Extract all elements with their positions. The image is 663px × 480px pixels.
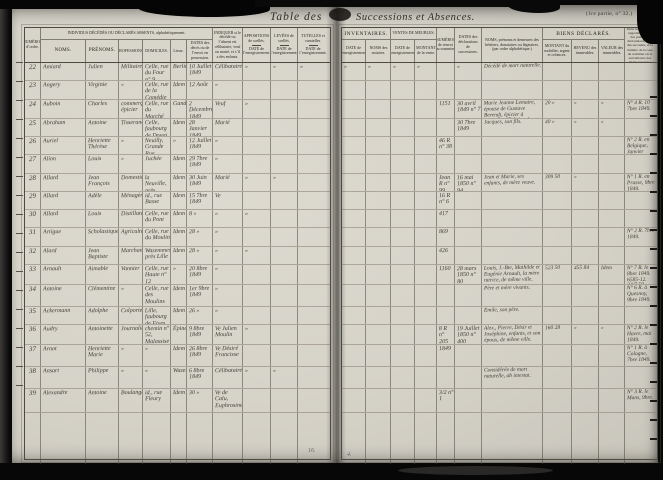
handwritten-lieu: Berlin bbox=[171, 63, 186, 70]
handwritten-profession: » bbox=[119, 155, 142, 163]
cell-vente_montant bbox=[415, 307, 437, 324]
cell-prenoms: Louis bbox=[86, 210, 119, 227]
handwritten-vente_date bbox=[391, 210, 414, 211]
cell-montant bbox=[543, 247, 572, 264]
cell-app bbox=[243, 265, 271, 284]
cell-indiquer: » bbox=[213, 210, 243, 227]
handwritten-tut bbox=[298, 155, 328, 156]
table-row: 16 R n° 6 bbox=[342, 192, 657, 210]
handwritten-tut bbox=[298, 325, 328, 326]
cell-revenu: 455 84 bbox=[572, 265, 599, 284]
cell-decl bbox=[455, 192, 482, 209]
cell-num: 32 bbox=[25, 247, 41, 264]
handwritten-vente_date bbox=[391, 155, 414, 156]
cell-sommier: 3/2 n° 1 bbox=[437, 389, 455, 412]
cell-domicile: chemin n° 52, Malassise bbox=[143, 325, 171, 344]
cell-profession: Marchand bbox=[119, 247, 143, 264]
cell-heritiers bbox=[482, 210, 543, 227]
handwritten-valeur bbox=[599, 228, 624, 229]
handwritten-indiquer: Marié bbox=[213, 174, 242, 182]
handwritten-lieu: Idem bbox=[171, 285, 186, 292]
handwritten-app bbox=[243, 307, 270, 308]
handwritten-heritiers: Considérée de mort naturelle, ab intesta… bbox=[482, 367, 542, 380]
cell-nom: Ansart bbox=[41, 367, 86, 388]
handwritten-tut bbox=[298, 100, 328, 101]
handwritten-revenu bbox=[572, 137, 598, 138]
handwritten-prenoms: Louis bbox=[86, 210, 118, 218]
cell-decl bbox=[455, 345, 482, 366]
handwritten-profession: commerçant épicier bbox=[119, 100, 142, 114]
handwritten-vente_date bbox=[391, 100, 414, 101]
handwritten-nom: Allard bbox=[41, 210, 85, 218]
cell-inv_notaire bbox=[366, 81, 391, 99]
handwritten-inv_notaire bbox=[366, 285, 390, 286]
cell-inv_notaire bbox=[366, 367, 391, 388]
cell-valeur: » bbox=[599, 119, 625, 136]
cell-inv_date bbox=[342, 367, 366, 388]
cell-profession: » bbox=[119, 367, 143, 388]
handwritten-vente_date bbox=[391, 345, 414, 346]
scan-edge-blotch bbox=[637, 0, 663, 44]
table-row bbox=[342, 81, 657, 100]
cell-tut bbox=[298, 100, 328, 118]
blank-cell bbox=[41, 413, 86, 470]
handwritten-heritiers: Décédé de mort naturelle. bbox=[482, 63, 542, 70]
cell-inv_date bbox=[342, 307, 366, 324]
handwritten-vente_date bbox=[391, 265, 414, 266]
scan-bottom-smudge bbox=[398, 466, 553, 475]
cell-inv_date bbox=[342, 345, 366, 366]
handwritten-lev bbox=[271, 228, 297, 229]
handwritten-vente_date bbox=[391, 307, 414, 308]
col-header-appositions: APPOSITIONS de scellés. DATE de l’enregi… bbox=[243, 28, 271, 62]
cell-heritiers: Jean et Marie, ses enfants, de mère veuv… bbox=[482, 174, 543, 191]
handwritten-date: 6 8bre 1849 bbox=[187, 367, 212, 381]
cell-montant bbox=[543, 285, 572, 306]
cell-tut bbox=[298, 119, 328, 136]
cell-date: 28 Janvier 1849 bbox=[187, 119, 213, 136]
table-row: 38AnsartPhilippe»»Wazemmes6 8bre 1849Cél… bbox=[25, 367, 330, 389]
handwritten-sommier bbox=[437, 367, 454, 368]
handwritten-inv_notaire bbox=[366, 265, 390, 266]
handwritten-prenoms: Antoine bbox=[86, 389, 118, 397]
blank-cell bbox=[572, 413, 599, 470]
cell-domicile: Celle, rue Haute n° 12 bbox=[143, 265, 171, 284]
handwritten-decl bbox=[455, 307, 481, 308]
cell-app bbox=[243, 192, 271, 209]
right-table-rows: »»»»»Décédé de mort naturelle.115130 avr… bbox=[342, 63, 657, 470]
handwritten-domicile: Celle, rue du Pont bbox=[143, 210, 170, 224]
handwritten-prenoms: Clémentine bbox=[86, 285, 118, 293]
handwritten-num: 23 bbox=[25, 81, 40, 89]
cell-lieu: » bbox=[171, 137, 187, 154]
cell-num: 35 bbox=[25, 307, 41, 324]
col-header-vente-montant: MONTANT de la vente. bbox=[415, 40, 437, 62]
cell-heritiers: Jacques, son fils. bbox=[482, 119, 543, 136]
handwritten-date: 10 Juillet 1849 bbox=[187, 63, 212, 77]
handwritten-sommier: 1151 bbox=[437, 100, 454, 107]
handwritten-decl: 30 7bre 1849 bbox=[455, 119, 481, 133]
handwritten-decl bbox=[455, 192, 481, 193]
handwritten-profession: Vannier bbox=[119, 265, 142, 273]
cell-tut bbox=[298, 174, 328, 191]
cell-montant: 309 50 bbox=[543, 174, 572, 191]
table-row: 31ArtigueScholastiqueAgriculteurCelle, r… bbox=[25, 228, 330, 247]
handwritten-lieu: » bbox=[171, 265, 186, 272]
table-row: 8 R n° 20519 Juillet 1850 n° 400Alex., P… bbox=[342, 325, 657, 345]
cell-date: 2 Décembre 1849 bbox=[187, 100, 213, 118]
table-row: 115130 avril 1849 n° 7Marie Jeanne Lemai… bbox=[342, 100, 657, 119]
handwritten-domicile: id., rue Fleury bbox=[143, 389, 170, 403]
cell-lieu: Idem bbox=[171, 81, 187, 99]
cell-tut bbox=[298, 210, 328, 227]
cell-indiquer: Marié bbox=[213, 174, 243, 191]
handwritten-heritiers bbox=[482, 247, 542, 249]
cell-revenu bbox=[572, 307, 599, 324]
handwritten-indiquer: » bbox=[213, 228, 242, 236]
handwritten-num: 34 bbox=[25, 285, 40, 293]
cell-decl bbox=[455, 210, 482, 227]
cell-vente_date bbox=[391, 285, 415, 306]
cell-lieu: Idem bbox=[171, 210, 187, 227]
cell-lev bbox=[271, 325, 298, 344]
table-row: 27AlionLouis»JuchéeIdem29 7bre 1849» bbox=[25, 155, 330, 174]
cell-nom: Auriel bbox=[41, 137, 86, 154]
handwritten-indiquer: » bbox=[213, 285, 242, 293]
cell-sommier bbox=[437, 155, 455, 173]
handwritten-decl bbox=[455, 137, 481, 138]
cell-indiquer: Ve bbox=[213, 192, 243, 209]
cell-montant bbox=[543, 81, 572, 99]
cell-nom: Allard bbox=[41, 192, 86, 209]
cell-heritiers bbox=[482, 228, 543, 246]
handwritten-revenu: » bbox=[572, 100, 598, 107]
handwritten-inv_notaire bbox=[366, 119, 390, 120]
handwritten-sommier bbox=[437, 307, 454, 308]
cell-inv_date bbox=[342, 228, 366, 246]
cell-domicile: Celle, rue du Four n° 9 bbox=[143, 63, 171, 80]
handwritten-vente_date: » bbox=[391, 63, 414, 71]
handwritten-heritiers: Jacques, son fils. bbox=[482, 119, 542, 126]
col-header-tutelles-date: DATE de l’enregistrement. bbox=[298, 47, 328, 57]
handwritten-inv_notaire bbox=[366, 100, 390, 101]
handwritten-lev: » bbox=[271, 174, 297, 182]
handwritten-domicile: Celle, rue du Marché bbox=[143, 100, 170, 118]
handwritten-num: 24 bbox=[25, 100, 40, 108]
cell-lev bbox=[271, 228, 298, 246]
handwritten-prenoms: Louis bbox=[86, 155, 118, 163]
cell-tut bbox=[298, 137, 328, 154]
cell-vente_montant bbox=[415, 367, 437, 388]
handwritten-heritiers: Jean et Marie, ses enfants, de mère veuv… bbox=[482, 174, 542, 187]
cell-revenu: » bbox=[572, 100, 599, 118]
table-row: »»»»»Décédé de mort naturelle. bbox=[342, 63, 657, 81]
cell-revenu bbox=[572, 137, 599, 154]
handwritten-lev bbox=[271, 155, 297, 156]
handwritten-num: 32 bbox=[25, 247, 40, 255]
handwritten-vente_date bbox=[391, 389, 414, 390]
handwritten-sommier bbox=[437, 119, 454, 120]
col-header-levees-title: LEVÉES de scellés. bbox=[271, 34, 297, 44]
cell-indiquer: Célibataire bbox=[213, 63, 243, 80]
scan-left-edge bbox=[0, 9, 12, 463]
table-row bbox=[342, 155, 657, 174]
blank-cell bbox=[437, 413, 455, 470]
handwritten-vente_montant bbox=[415, 119, 436, 120]
col-header-inv-notaires-label: NOMS des notaires. bbox=[366, 46, 391, 56]
cell-nom: Antoine bbox=[41, 285, 86, 306]
cell-lev bbox=[271, 155, 298, 173]
group-title-individus: INDIVIDUS DÉCÉDÉS OU DÉCLARÉS ABSENTS, a… bbox=[41, 28, 212, 40]
cell-indiquer: » bbox=[213, 155, 243, 173]
handwritten-decl: 16 mai 1850 n° 94 bbox=[455, 174, 481, 191]
cell-inv_date bbox=[342, 247, 366, 264]
handwritten-date: 9 8bre 1849 bbox=[187, 325, 212, 339]
handwritten-date: 28 » bbox=[187, 228, 212, 236]
handwritten-indiquer: » bbox=[213, 210, 242, 218]
cell-inv_notaire bbox=[366, 100, 391, 118]
handwritten-vente_montant bbox=[415, 100, 436, 101]
col-header-dates-deces-label: DATES des décès ou de l’envoi en possess… bbox=[187, 41, 213, 60]
cell-heritiers bbox=[482, 247, 543, 264]
handwritten-montant bbox=[543, 285, 571, 286]
handwritten-indiquer: Célibataire bbox=[213, 63, 242, 71]
cell-tut bbox=[298, 307, 328, 324]
handwritten-inv_date bbox=[342, 307, 365, 308]
cell-nom: Allard bbox=[41, 174, 86, 191]
handwritten-lev bbox=[271, 100, 297, 101]
table-row: 3/2 n° 1N° 3 R. le Mans, 9bre. bbox=[342, 389, 657, 413]
handwritten-vente_montant bbox=[415, 325, 436, 326]
handwritten-vente_montant bbox=[415, 389, 436, 390]
handwritten-decl bbox=[455, 389, 481, 390]
handwritten-revenu bbox=[572, 247, 598, 248]
cell-profession: » bbox=[119, 345, 143, 366]
cell-date: 26 » bbox=[187, 307, 213, 324]
handwritten-profession: Journalière bbox=[119, 325, 142, 333]
handwritten-vente_montant bbox=[415, 81, 436, 82]
cell-revenu bbox=[572, 63, 599, 80]
handwritten-montant bbox=[543, 210, 571, 211]
handwritten-vente_montant bbox=[415, 174, 436, 175]
cell-date: 30 Juin 1849 bbox=[187, 174, 213, 191]
handwritten-inv_notaire bbox=[366, 389, 390, 390]
cell-prenoms: Julien bbox=[86, 63, 119, 80]
cell-num: 28 bbox=[25, 174, 41, 191]
handwritten-indiquer: » bbox=[213, 247, 242, 255]
cell-date: 28 » bbox=[187, 228, 213, 246]
handwritten-domicile: » bbox=[143, 345, 170, 353]
col-header-professions-label: PROFESSIONS. bbox=[119, 49, 143, 54]
handwritten-valeur bbox=[599, 345, 624, 346]
cell-inv_date bbox=[342, 174, 366, 191]
cell-sommier bbox=[437, 307, 455, 324]
handwritten-lieu: Idem bbox=[171, 192, 186, 199]
handwritten-app bbox=[243, 192, 270, 193]
handwritten-inv_notaire bbox=[366, 155, 390, 156]
cell-lieu: Idem bbox=[171, 155, 187, 173]
cell-sommier: 426 bbox=[437, 247, 455, 264]
col-header-indiquer-label: INDIQUER si le décédé ou l’absent est cé… bbox=[213, 31, 242, 60]
cell-decl bbox=[455, 228, 482, 246]
handwritten-profession: » bbox=[119, 285, 142, 293]
handwritten-date: 8 » bbox=[187, 210, 212, 218]
left-table-header: NUMÉROS d’ordre. INDIVIDUS DÉCÉDÉS OU DÉ… bbox=[25, 28, 330, 63]
cell-valeur bbox=[599, 137, 625, 154]
cell-sommier bbox=[437, 367, 455, 388]
cell-heritiers: Décédé de mort naturelle. bbox=[482, 63, 543, 80]
handwritten-prenoms: Antoine bbox=[86, 119, 118, 127]
handwritten-domicile: » bbox=[143, 367, 170, 375]
group-title-inventaires: INVENTAIRES. bbox=[344, 31, 387, 37]
group-title-individus-text: INDIVIDUS DÉCÉDÉS OU DÉCLARÉS ABSENTS, a… bbox=[66, 31, 186, 36]
cell-montant bbox=[543, 307, 572, 324]
cell-nom: Arnault bbox=[41, 265, 86, 284]
handwritten-sommier bbox=[437, 285, 454, 286]
cell-valeur bbox=[599, 192, 625, 209]
handwritten-lev bbox=[271, 192, 297, 193]
cell-vente_date bbox=[391, 210, 415, 227]
cell-lev bbox=[271, 192, 298, 209]
cell-date: 26 8bre 1849 bbox=[187, 345, 213, 366]
handwritten-app: » bbox=[243, 367, 270, 375]
cell-montant bbox=[543, 192, 572, 209]
cell-domicile: la Neuville, près Douai bbox=[143, 174, 171, 191]
handwritten-profession: Boulanger bbox=[119, 389, 142, 397]
cell-nom: Alexandre bbox=[41, 389, 86, 412]
cell-profession: Militaire bbox=[119, 63, 143, 80]
cell-num: 38 bbox=[25, 367, 41, 388]
individus-sublabels: NOMS. PRÉNOMS. PROFESSIONS. DOMICILES. L… bbox=[41, 40, 212, 62]
handwritten-vente_montant bbox=[415, 210, 436, 211]
table-row: 26AurielHenriette Thérèse»Neuilly, Grand… bbox=[25, 137, 330, 155]
page-edge-tick-marks bbox=[650, 96, 657, 448]
handwritten-lev bbox=[271, 210, 297, 211]
handwritten-lev bbox=[271, 119, 297, 120]
cell-profession: Vannier bbox=[119, 265, 143, 284]
cell-domicile: Celle, rue du Pont bbox=[143, 210, 171, 227]
cell-inv_notaire bbox=[366, 228, 391, 246]
col-header-montant-mobilier-label: MONTANT du mobilier, argent et créances. bbox=[543, 44, 571, 58]
handwritten-nom: Auriel bbox=[41, 137, 85, 145]
handwritten-date: 28 Janvier 1849 bbox=[187, 119, 212, 136]
blank-ruled-area bbox=[342, 413, 657, 470]
handwritten-heritiers bbox=[482, 192, 542, 194]
col-header-inv-date: DATE de l’enregistrement. bbox=[342, 40, 366, 62]
cell-lieu: Idem bbox=[171, 119, 187, 136]
handwritten-domicile: Celle, rue du Four n° 9 bbox=[143, 63, 170, 80]
handwritten-prenoms: Henriette Thérèse bbox=[86, 137, 118, 151]
cell-nom: Artigue bbox=[41, 228, 86, 246]
cell-domicile: » bbox=[143, 345, 171, 366]
cell-vente_montant bbox=[415, 247, 437, 264]
cell-lev: » bbox=[271, 174, 298, 191]
handwritten-heritiers bbox=[482, 345, 542, 347]
handwritten-indiquer: » bbox=[213, 81, 242, 89]
handwritten-indiquer: Marié bbox=[213, 119, 242, 127]
handwritten-profession: Colporteur bbox=[119, 307, 142, 315]
handwritten-lev bbox=[271, 265, 297, 266]
cell-revenu bbox=[572, 345, 599, 366]
cell-montant bbox=[543, 367, 572, 388]
handwritten-valeur bbox=[599, 192, 624, 193]
blank-cell bbox=[391, 413, 415, 470]
handwritten-inv_date bbox=[342, 210, 365, 211]
cell-vente_montant bbox=[415, 119, 437, 136]
cell-prenoms: Virginie bbox=[86, 81, 119, 99]
handwritten-profession: Militaire bbox=[119, 63, 142, 71]
cell-date: 15 7bre 1849 bbox=[187, 192, 213, 209]
cell-date: 28 » bbox=[187, 247, 213, 264]
handwritten-num: 38 bbox=[25, 367, 40, 375]
cell-indiquer: Ve Désiré Francisse bbox=[213, 345, 243, 366]
handwritten-date: 12 Juillet 1849 bbox=[187, 137, 212, 151]
handwritten-revenu: 455 84 bbox=[572, 265, 598, 272]
cell-sommier bbox=[437, 119, 455, 136]
col-header-vente-date: DATE de l’enregistrement. bbox=[391, 40, 415, 62]
cell-heritiers: Père et mère vivants. bbox=[482, 285, 543, 306]
handwritten-montant bbox=[543, 137, 571, 138]
handwritten-inv_date bbox=[342, 228, 365, 229]
handwritten-montant bbox=[543, 228, 571, 229]
cell-vente_date bbox=[391, 81, 415, 99]
blank-cell bbox=[482, 413, 543, 470]
cell-montant bbox=[543, 63, 572, 80]
handwritten-inv_date bbox=[342, 367, 365, 368]
cell-num: 26 bbox=[25, 137, 41, 154]
handwritten-num: 30 bbox=[25, 210, 40, 218]
cell-app: » bbox=[243, 63, 271, 80]
cell-app: » bbox=[243, 247, 271, 264]
cell-lieu: Idem bbox=[171, 247, 187, 264]
cell-date: 1er 9bre 1849 bbox=[187, 285, 213, 306]
handwritten-indiquer: » bbox=[213, 155, 242, 163]
handwritten-montant bbox=[543, 345, 571, 346]
cell-inv_notaire bbox=[366, 137, 391, 154]
handwritten-app: » bbox=[243, 100, 270, 108]
cell-prenoms: Philippe bbox=[86, 367, 119, 388]
cell-app: » bbox=[243, 174, 271, 191]
handwritten-vente_date bbox=[391, 81, 414, 82]
handwritten-prenoms: Aimable bbox=[86, 265, 118, 273]
col-header-inv-notaires: NOMS des notaires. bbox=[366, 40, 391, 62]
cell-vente_date bbox=[391, 192, 415, 209]
cell-revenu bbox=[572, 228, 599, 246]
cell-app bbox=[243, 389, 271, 412]
handwritten-lieu: Épine bbox=[171, 325, 186, 332]
handwritten-tut bbox=[298, 285, 328, 286]
scan-bottom-edge bbox=[0, 464, 663, 480]
cell-prenoms: Antoine bbox=[86, 389, 119, 412]
blank-cell bbox=[298, 413, 328, 470]
handwritten-decl bbox=[455, 247, 481, 248]
blank-cell bbox=[187, 413, 213, 470]
cell-lieu: » bbox=[171, 265, 187, 284]
cell-valeur bbox=[599, 228, 625, 246]
table-row: 1849N° 1 R. à Cologne, 7bre 1849. bbox=[342, 345, 657, 367]
cell-domicile: Celle, rue des Moulins bbox=[143, 285, 171, 306]
handwritten-indiquer: Veuf bbox=[213, 100, 242, 108]
handwritten-domicile: Celle, rue de la Comédie bbox=[143, 81, 170, 99]
blank-cell bbox=[119, 413, 143, 470]
cell-app: » bbox=[243, 325, 271, 344]
table-row: 116028 mars 1850 n° 80Louis, J.-Bte, Mat… bbox=[342, 265, 657, 285]
cell-valeur bbox=[599, 285, 625, 306]
cell-nom: Audry bbox=[41, 325, 86, 344]
handwritten-sommier: Jean R n° 99 bbox=[437, 174, 454, 191]
handwritten-vente_date bbox=[391, 192, 414, 193]
handwritten-valeur: » bbox=[599, 325, 624, 332]
